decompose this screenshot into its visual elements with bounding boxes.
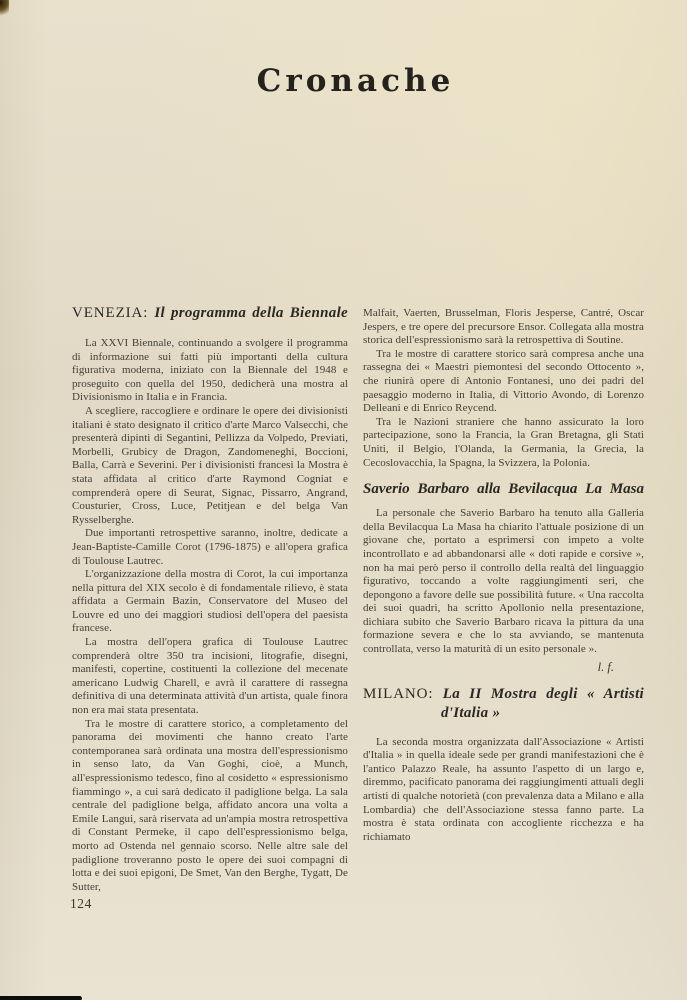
paragraph: Tra le mostre di carattere storico sarà … xyxy=(363,348,644,416)
paragraph: Tra le mostre di carattere storico, a co… xyxy=(72,718,348,895)
section-heading-barbaro: Saverio Barbaro alla Bevilacqua La Masa xyxy=(363,480,644,498)
paragraph: Due importanti retrospettive saranno, in… xyxy=(72,527,348,568)
section-heading-venezia: VENEZIA: Il programma della Biennale xyxy=(72,303,348,323)
scanned-page: Cronache VENEZIA: Il programma della Bie… xyxy=(0,0,687,1000)
text-columns: VENEZIA: Il programma della Biennale La … xyxy=(72,303,644,894)
paragraph: La XXVI Biennale, continuando a svolgere… xyxy=(72,337,348,405)
author-initials: l. f. xyxy=(363,660,644,675)
scan-artifact-bottom-left xyxy=(0,996,82,1000)
section-title-venezia: Il programma della Biennale xyxy=(154,305,348,321)
section-heading-milano-line1: MILANO: La II Mostra degli « Artisti xyxy=(363,684,644,704)
scan-artifact-top-left xyxy=(0,0,9,17)
paragraph: A scegliere, raccogliere e ordinare le o… xyxy=(72,405,348,527)
section-heading-milano: MILANO: La II Mostra degli « Artisti d'I… xyxy=(363,684,644,723)
section-title-milano-part1: La II Mostra degli « Artisti xyxy=(443,686,644,702)
section-kicker-milano: MILANO: xyxy=(363,686,433,702)
paragraph: Tra le Nazioni straniere che hanno assic… xyxy=(363,416,644,470)
paragraph: L'organizzazione della mostra di Corot, … xyxy=(72,568,348,636)
paragraph: La seconda mostra organizzata dall'Assoc… xyxy=(363,736,644,845)
page-title: Cronache xyxy=(0,0,687,99)
page-number: 124 xyxy=(70,896,92,912)
paragraph: La personale che Saverio Barbaro ha tenu… xyxy=(363,507,644,657)
right-column: Malfait, Vaerten, Brusselman, Floris Jes… xyxy=(363,303,644,894)
left-column: VENEZIA: Il programma della Biennale La … xyxy=(72,303,348,894)
paragraph-continuation: Malfait, Vaerten, Brusselman, Floris Jes… xyxy=(363,307,644,348)
paragraph: La mostra dell'opera grafica di Toulouse… xyxy=(72,636,348,718)
section-title-milano-part2: d'Italia » xyxy=(441,704,644,723)
section-kicker-venezia: VENEZIA: xyxy=(72,305,148,321)
